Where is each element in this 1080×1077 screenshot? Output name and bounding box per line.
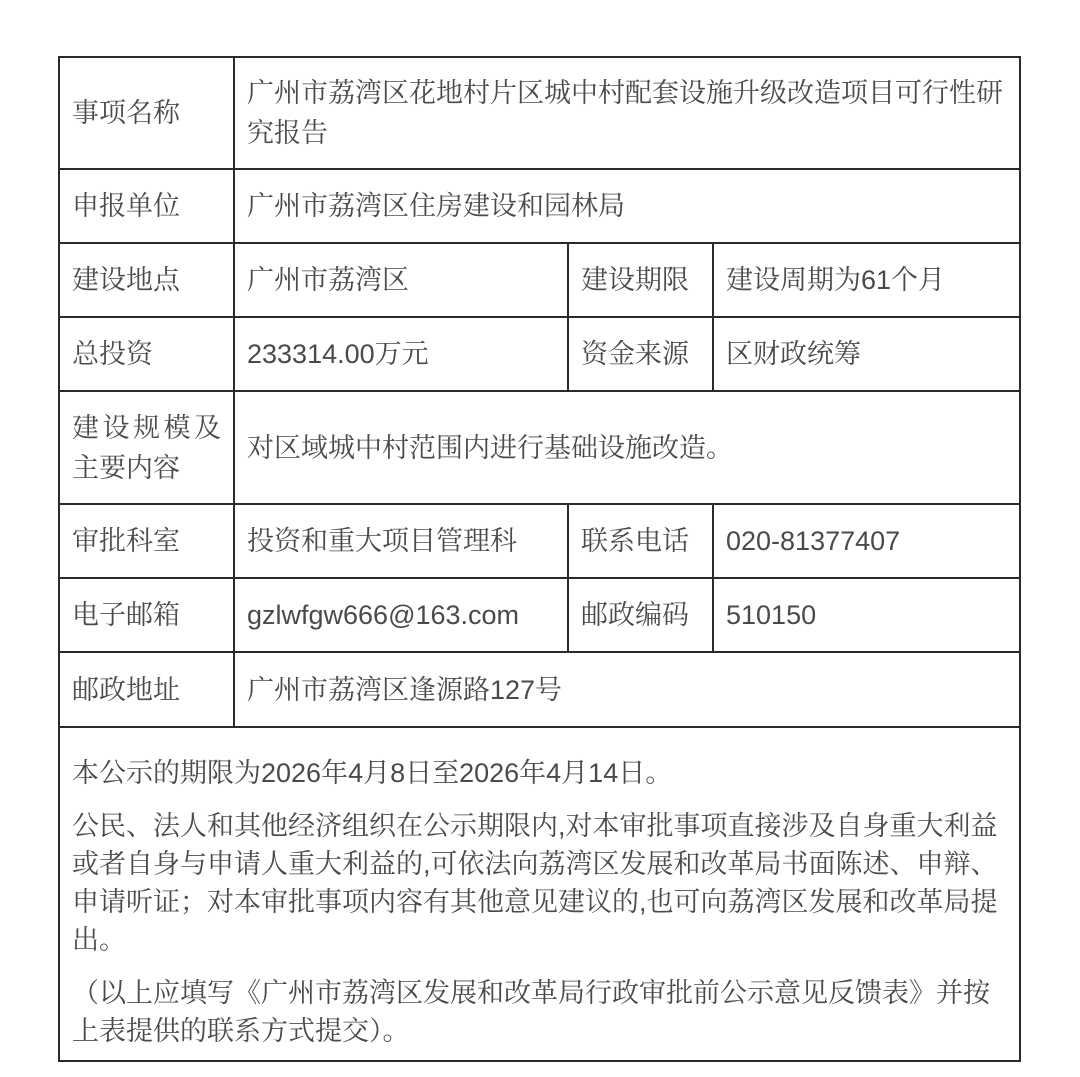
note-objection-procedure: 公民、法人和其他经济组织在公示期限内,对本审批事项直接涉及自身重大利益或者自身与…	[72, 807, 1007, 959]
table-row-location-period: 建设地点 广州市荔湾区 建设期限 建设周期为61个月	[59, 243, 1020, 317]
value-total-investment: 233314.00万元	[234, 317, 568, 391]
notice-document: 事项名称 广州市荔湾区花地村片区城中村配套设施升级改造项目可行性研究报告 申报单…	[58, 56, 1021, 1062]
label-scale-content: 建设规模及主要内容	[59, 391, 234, 504]
value-email: gzlwfgw666@163.com	[234, 578, 568, 652]
value-construction-location: 广州市荔湾区	[234, 243, 568, 317]
table-row-scale-content: 建设规模及主要内容 对区域城中村范围内进行基础设施改造。	[59, 391, 1020, 504]
label-declaring-unit: 申报单位	[59, 169, 234, 243]
note-feedback-form: （以上应填写《广州市荔湾区发展和改革局行政审批前公示意见反馈表》并按上表提供的联…	[72, 974, 1007, 1050]
table-row-email-postcode: 电子邮箱 gzlwfgw666@163.com 邮政编码 510150	[59, 578, 1020, 652]
notes-section: 本公示的期限为2026年4月8日至2026年4月14日。 公民、法人和其他经济组…	[59, 727, 1020, 1061]
table-row-notes: 本公示的期限为2026年4月8日至2026年4月14日。 公民、法人和其他经济组…	[59, 727, 1020, 1061]
label-item-name: 事项名称	[59, 57, 234, 169]
label-total-investment: 总投资	[59, 317, 234, 391]
label-contact-phone: 联系电话	[568, 504, 713, 578]
table-row-approval-office-phone: 审批科室 投资和重大项目管理科 联系电话 020-81377407	[59, 504, 1020, 578]
notice-table: 事项名称 广州市荔湾区花地村片区城中村配套设施升级改造项目可行性研究报告 申报单…	[58, 56, 1021, 1062]
table-row-declaring-unit: 申报单位 广州市荔湾区住房建设和园林局	[59, 169, 1020, 243]
label-construction-period: 建设期限	[568, 243, 713, 317]
value-item-name: 广州市荔湾区花地村片区城中村配套设施升级改造项目可行性研究报告	[234, 57, 1020, 169]
label-email: 电子邮箱	[59, 578, 234, 652]
label-postal-code: 邮政编码	[568, 578, 713, 652]
label-approval-office: 审批科室	[59, 504, 234, 578]
label-funding-source: 资金来源	[568, 317, 713, 391]
note-publicity-period: 本公示的期限为2026年4月8日至2026年4月14日。	[72, 754, 1007, 792]
value-approval-office: 投资和重大项目管理科	[234, 504, 568, 578]
value-postal-address: 广州市荔湾区逢源路127号	[234, 652, 1020, 727]
value-funding-source: 区财政统筹	[713, 317, 1020, 391]
label-postal-address: 邮政地址	[59, 652, 234, 727]
value-scale-content: 对区域城中村范围内进行基础设施改造。	[234, 391, 1020, 504]
value-declaring-unit: 广州市荔湾区住房建设和园林局	[234, 169, 1020, 243]
value-construction-period: 建设周期为61个月	[713, 243, 1020, 317]
label-construction-location: 建设地点	[59, 243, 234, 317]
value-contact-phone: 020-81377407	[713, 504, 1020, 578]
value-postal-code: 510150	[713, 578, 1020, 652]
table-row-item-name: 事项名称 广州市荔湾区花地村片区城中村配套设施升级改造项目可行性研究报告	[59, 57, 1020, 169]
table-row-investment-funding: 总投资 233314.00万元 资金来源 区财政统筹	[59, 317, 1020, 391]
table-row-postal-address: 邮政地址 广州市荔湾区逢源路127号	[59, 652, 1020, 727]
